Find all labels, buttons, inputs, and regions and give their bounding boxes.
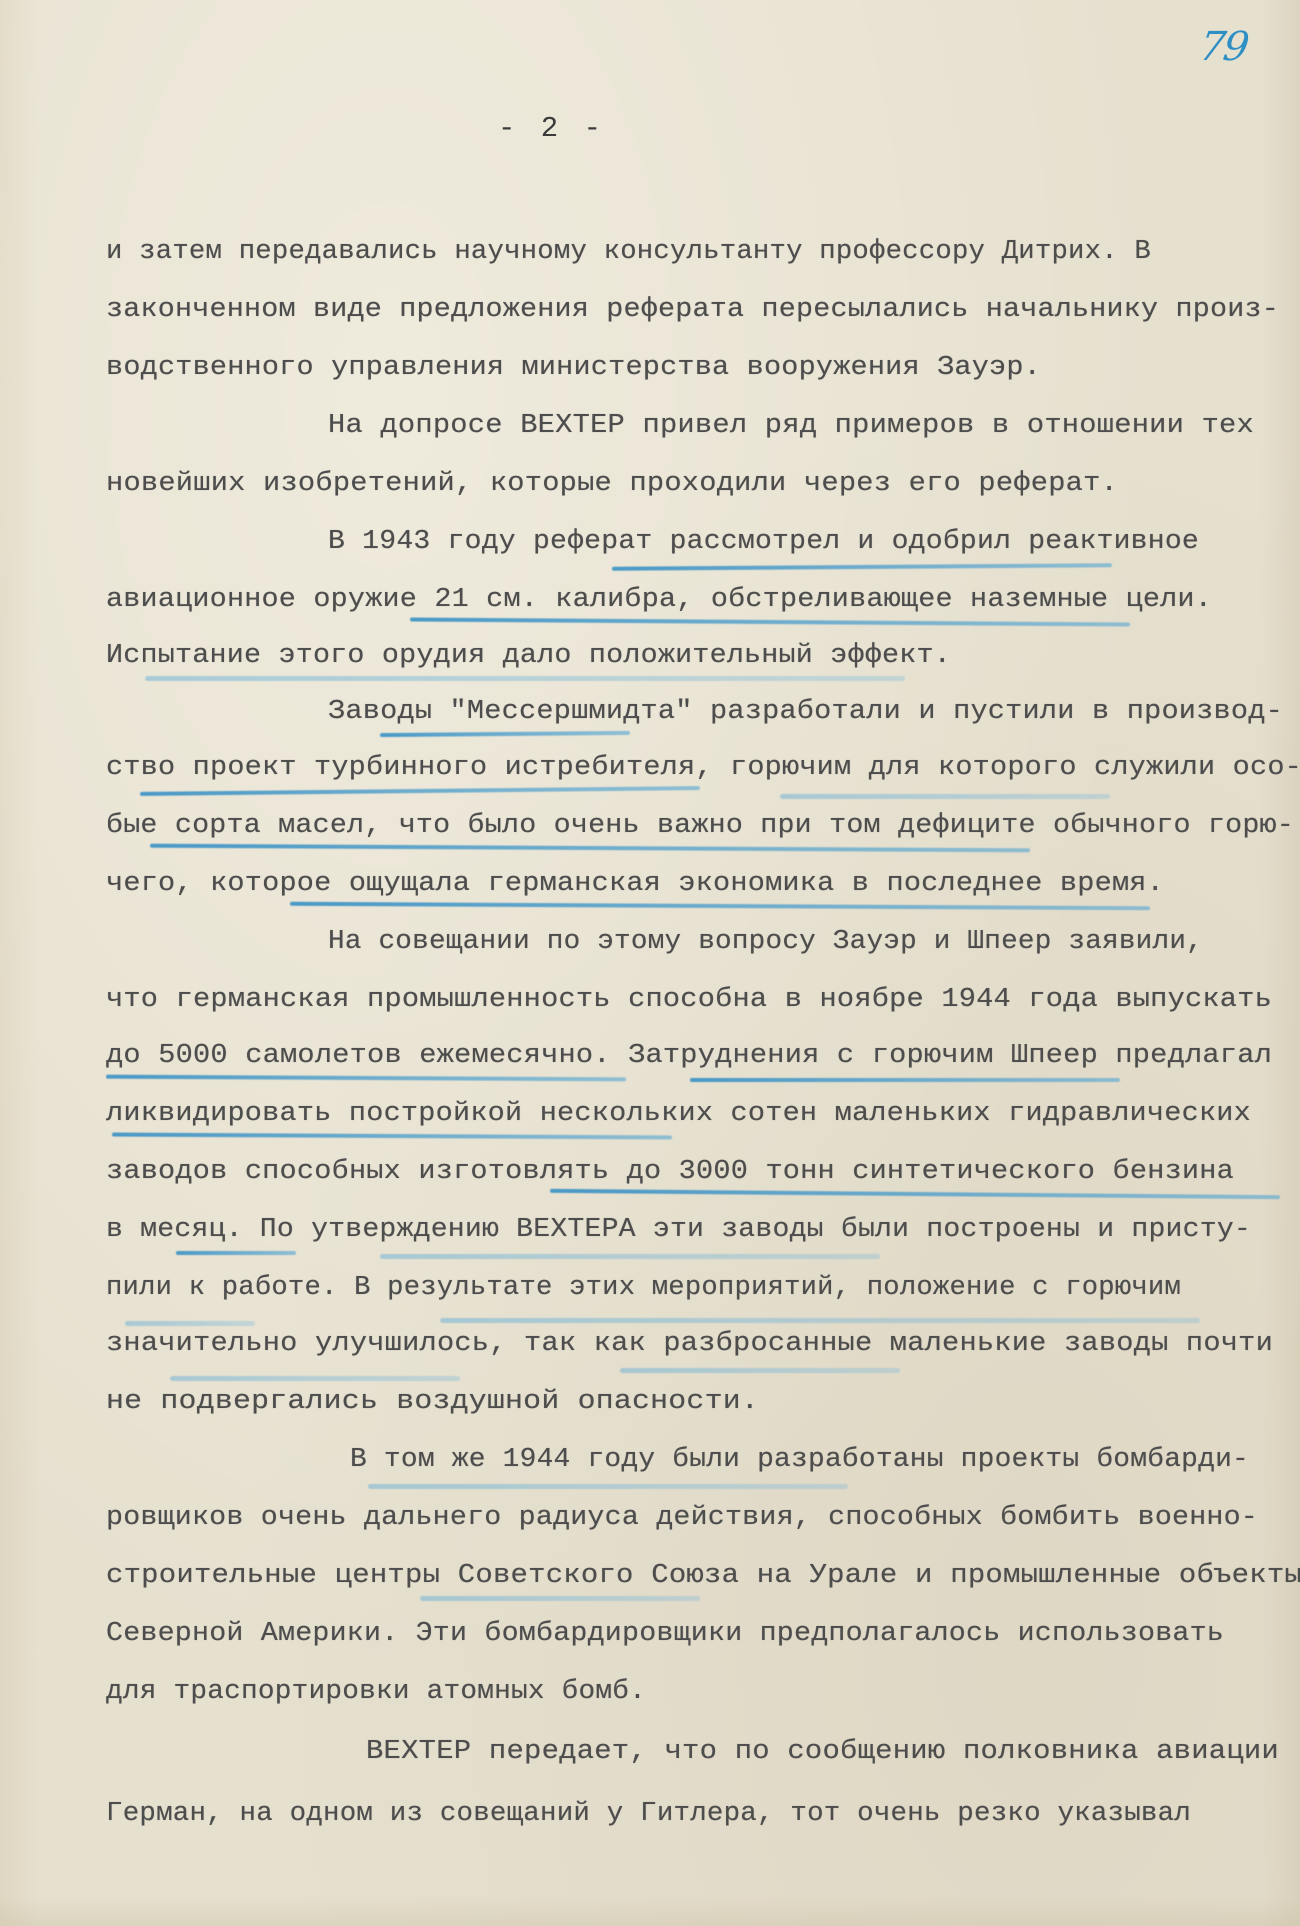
text-line: В 1943 году реферат рассмотрел и одобрил… — [328, 526, 1199, 556]
text-line: ство проект турбинного истребителя, горю… — [106, 752, 1300, 782]
pencil-underline — [612, 563, 1112, 570]
text-line: водственного управления министерства воо… — [106, 352, 1041, 382]
pencil-underline — [690, 1078, 1120, 1082]
text-line: Северной Америки. Эти бомбардировщики пр… — [106, 1618, 1224, 1648]
text-line: значительно улучшилось, так как разброса… — [106, 1328, 1273, 1358]
paper-edge — [0, 1896, 1300, 1926]
text-line: На совещании по этому вопросу Зауэр и Шп… — [328, 926, 1203, 956]
pencil-underline — [410, 617, 1130, 626]
text-line: строительные центры Советского Союза на … — [106, 1560, 1300, 1590]
pencil-underline — [140, 786, 700, 796]
pencil-underline — [440, 1318, 1200, 1323]
document-page: 79 - 2 - и затем передавались научному к… — [0, 0, 1300, 1926]
pencil-underline — [380, 731, 630, 737]
text-line: заводов способных изготовлять до 3000 то… — [106, 1156, 1234, 1186]
text-line: новейших изобретений, которые проходили … — [106, 468, 1118, 498]
text-line: На допросе ВЕХТЕР привел ряд примеров в … — [328, 410, 1254, 440]
pencil-underline — [550, 1189, 1280, 1199]
text-line: до 5000 самолетов ежемесячно. Затруднени… — [106, 1040, 1272, 1070]
pencil-underline — [170, 1376, 460, 1381]
text-line: ликвидировать постройкой нескольких соте… — [106, 1098, 1251, 1128]
text-line: В том же 1944 году были разработаны прое… — [350, 1444, 1249, 1474]
text-line: Герман, на одном из совещаний у Гитлера,… — [106, 1798, 1191, 1828]
handwritten-folio-number: 79 — [1197, 24, 1250, 70]
text-line: авиационное оружие 21 см. калибра, обстр… — [106, 584, 1212, 614]
pencil-underline — [620, 1368, 900, 1373]
text-line: бые сорта масел, что было очень важно пр… — [106, 810, 1294, 840]
pencil-underline — [112, 1133, 672, 1140]
pencil-underline — [368, 1484, 848, 1489]
text-line: пили к работе. В результате этих меропри… — [106, 1272, 1181, 1302]
pencil-underline — [106, 1075, 626, 1082]
text-line: чего, которое ощущала германская экономи… — [106, 868, 1164, 898]
pencil-underline — [420, 1596, 700, 1601]
text-line: Заводы "Мессершмидта" разработали и пуст… — [328, 696, 1283, 726]
text-line: что германская промышленность способна в… — [106, 984, 1272, 1014]
pencil-underline — [780, 794, 1110, 799]
pencil-underline — [150, 844, 1030, 853]
pencil-underline — [145, 676, 905, 681]
text-line: и затем передавались научному консультан… — [106, 236, 1151, 266]
pencil-underline — [176, 1251, 296, 1255]
text-line: ровщиков очень дальнего радиуса действия… — [106, 1502, 1258, 1532]
page-number: - 2 - — [498, 112, 605, 145]
text-line: не подвергались воздушной опасности. — [106, 1386, 759, 1416]
text-line: для траспортировки атомных бомб. — [106, 1676, 646, 1706]
text-line: законченном виде предложения реферата пе… — [106, 294, 1279, 324]
pencil-underline — [380, 1254, 880, 1259]
text-line: в месяц. По утверждению ВЕХТЕРА эти заво… — [106, 1214, 1251, 1244]
pencil-underline — [290, 902, 1150, 911]
text-line: ВЕХТЕР передает, что по сообщению полков… — [366, 1736, 1279, 1766]
text-line: Испытание этого орудия дало положительны… — [106, 640, 951, 670]
pencil-underline — [125, 1321, 255, 1326]
